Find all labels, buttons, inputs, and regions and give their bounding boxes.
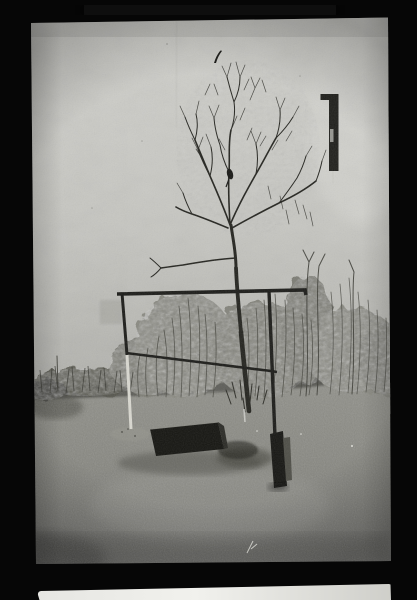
right-edge-shade	[362, 17, 391, 565]
photo-print: Black-and-white contact print: a bare, s…	[0, 0, 417, 600]
previous-frame-hint	[80, 6, 340, 14]
left-edge-shade	[31, 17, 62, 565]
photograph	[0, 0, 417, 600]
vignette	[31, 17, 391, 565]
photo-frame	[0, 14, 417, 584]
